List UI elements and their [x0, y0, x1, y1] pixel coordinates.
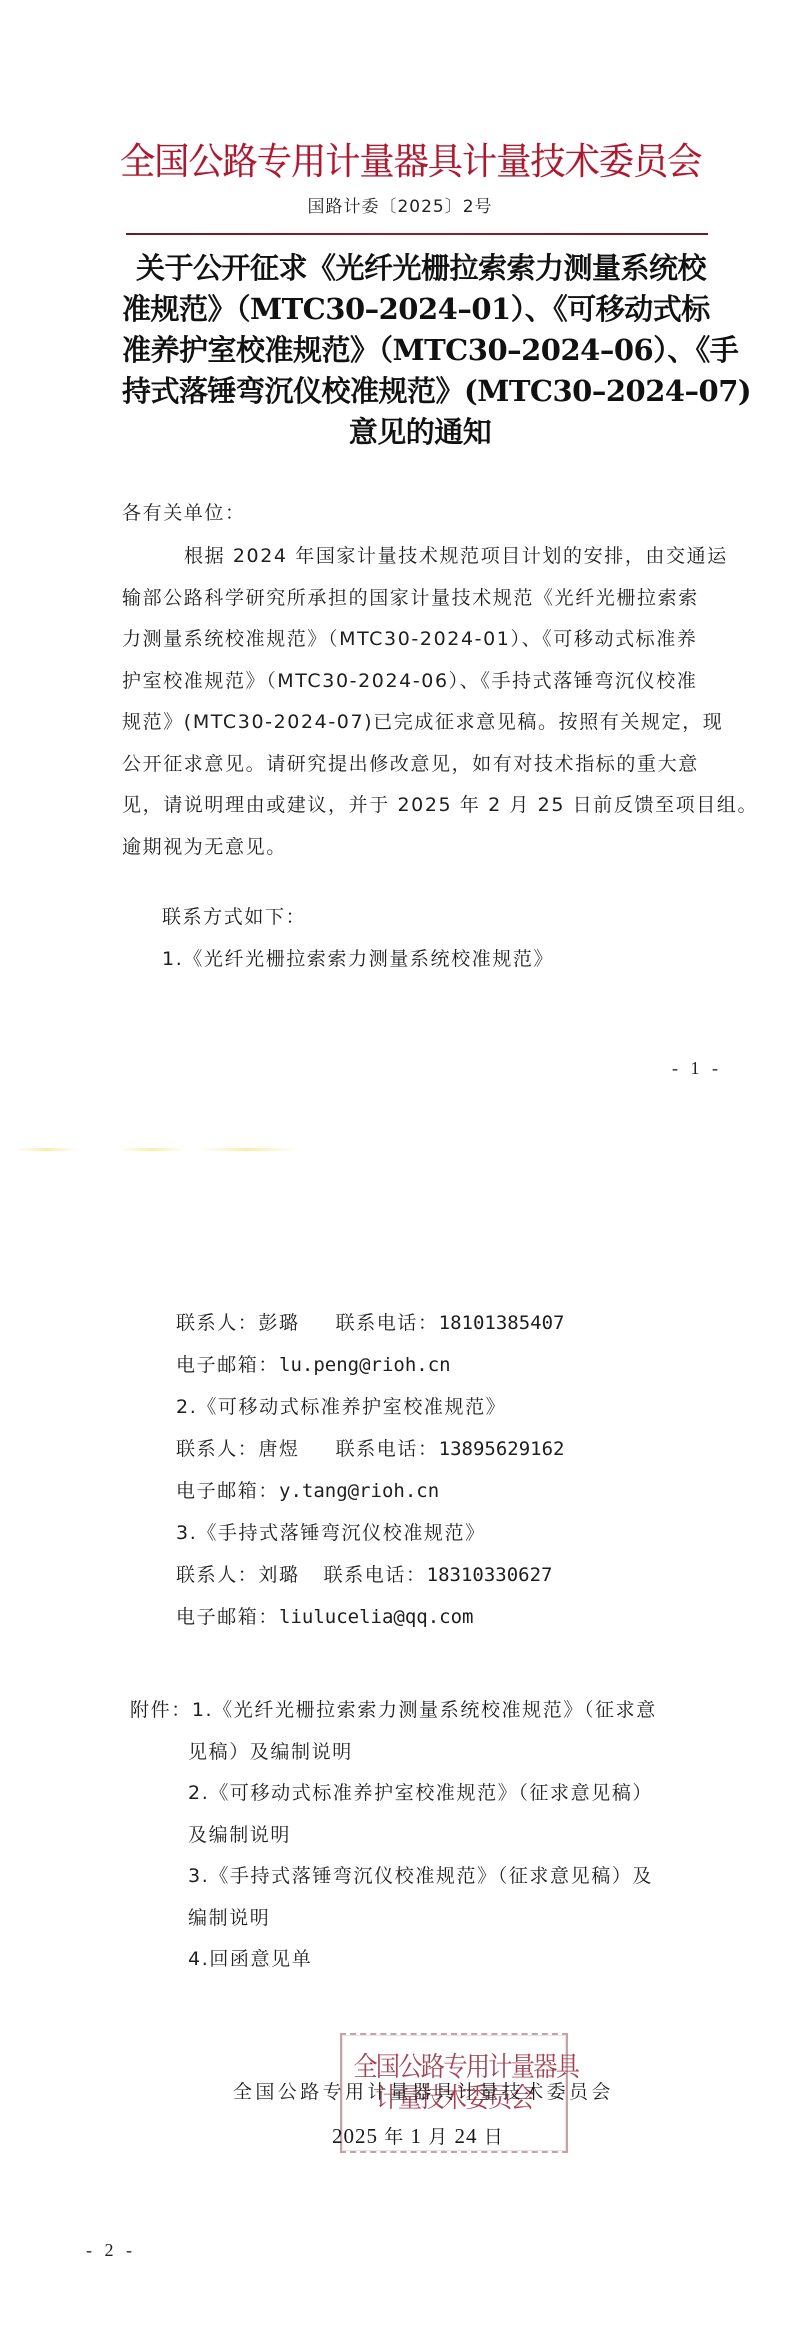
contact-person: 彭璐 — [258, 1312, 299, 1334]
paragraph-line: 见，请说明理由或建议，并于 2025 年 2 月 25 日前反馈至项目组。 — [122, 785, 722, 827]
contact-person: 刘璐 — [258, 1564, 299, 1586]
document-title: 关于公开征求《光纤光栅拉索索力测量系统校 准规范》（MTC30–2024–01）… — [122, 248, 718, 453]
page-break-artifact — [198, 1148, 298, 1151]
contact-email[interactable]: liulucelia@qq.com — [279, 1606, 473, 1628]
contact-phone-label: 联系电话： — [324, 1564, 427, 1586]
letterhead-divider — [126, 233, 708, 235]
attachment-item-continued: 及编制说明 — [130, 1815, 730, 1857]
attachment-item-continued: 编制说明 — [130, 1898, 730, 1940]
body-paragraph: 根据 2024 年国家计量技术规范项目计划的安排，由交通运 输部公路科学研究所承… — [122, 536, 722, 868]
contact-3-email-row: 电子邮箱：liulucelia@qq.com — [176, 1603, 473, 1631]
signature-org: 全国公路专用计量器具计量技术委员会 — [233, 2078, 614, 2106]
contact-phone[interactable]: 13895629162 — [439, 1438, 565, 1460]
contact-phone-label: 联系电话： — [336, 1438, 439, 1460]
salutation: 各有关单位： — [122, 499, 246, 527]
attachment-item: 3.《手持式落锤弯沉仪校准规范》（征求意见稿）及 — [130, 1856, 730, 1898]
contact-person-label: 联系人： — [176, 1312, 258, 1334]
title-line-2: 准规范》（MTC30–2024–01）、《可移动式标 — [122, 289, 718, 330]
signature-date: 2025 年 1 月 24 日 — [332, 2122, 504, 2151]
title-line-5: 意见的通知 — [122, 412, 718, 453]
paragraph-line: 根据 2024 年国家计量技术规范项目计划的安排，由交通运 — [122, 536, 722, 578]
contact-heading: 联系方式如下： — [162, 903, 306, 931]
paragraph-line: 护室校准规范》（MTC30-2024-06）、《手持式落锤弯沉仪校准 — [122, 661, 722, 703]
document-number: 国路计委〔2025〕2号 — [0, 196, 800, 218]
contact-email-label: 电子邮箱： — [176, 1606, 279, 1628]
page-number-1: - 1 - — [672, 1058, 722, 1079]
attachment-item: 附件：1.《光纤光栅拉索索力测量系统校准规范》（征求意 — [130, 1690, 730, 1732]
page-break-artifact — [14, 1148, 78, 1151]
page-break-artifact — [118, 1148, 186, 1151]
page-number-2: - 2 - — [86, 2240, 136, 2261]
attachment-item: 4.回函意见单 — [130, 1939, 730, 1981]
paragraph-line: 规范》(MTC30-2024-07)已完成征求意见稿。按照有关规定，现 — [122, 702, 722, 744]
contact-1-person-row: 联系人：彭璐联系电话：18101385407 — [176, 1309, 564, 1337]
paragraph-line: 逾期视为无意见。 — [122, 827, 722, 869]
contact-person-label: 联系人： — [176, 1438, 258, 1460]
contact-phone[interactable]: 18101385407 — [439, 1312, 565, 1334]
attachments-list: 附件：1.《光纤光栅拉索索力测量系统校准规范》（征求意 见稿）及编制说明 2.《… — [130, 1690, 730, 1981]
paragraph-line: 输部公路科学研究所承担的国家计量技术规范《光纤光栅拉索索 — [122, 578, 722, 620]
contact-3-person-row: 联系人：刘璐联系电话：18310330627 — [176, 1561, 552, 1589]
contact-3-heading: 3.《手持式落锤弯沉仪校准规范》 — [176, 1519, 486, 1547]
attachments-label: 附件： — [130, 1699, 192, 1721]
title-line-3: 准养护室校准规范》（MTC30–2024–06）、《手 — [122, 330, 718, 371]
contact-2-person-row: 联系人：唐煜联系电话：13895629162 — [176, 1435, 564, 1463]
paragraph-line: 力测量系统校准规范》（MTC30-2024-01）、《可移动式标准养 — [122, 619, 722, 661]
contact-person: 唐煜 — [258, 1438, 299, 1460]
contact-2-heading: 2.《可移动式标准养护室校准规范》 — [176, 1393, 506, 1421]
title-line-4: 持式落锤弯沉仪校准规范》(MTC30–2024–07) — [122, 371, 718, 412]
contact-1-email-row: 电子邮箱：lu.peng@rioh.cn — [176, 1351, 451, 1379]
contact-email-label: 电子邮箱： — [176, 1354, 279, 1376]
paragraph-line: 公开征求意见。请研究提出修改意见，如有对技术指标的重大意 — [122, 744, 722, 786]
attachment-item-continued: 见稿）及编制说明 — [130, 1732, 730, 1774]
contact-person-label: 联系人： — [176, 1564, 258, 1586]
title-line-1: 关于公开征求《光纤光栅拉索索力测量系统校 — [122, 248, 718, 289]
attachment-item: 2.《可移动式标准养护室校准规范》（征求意见稿） — [130, 1773, 730, 1815]
letterhead-org-name: 全国公路专用计量器具计量技术委员会 — [120, 138, 690, 186]
contact-email[interactable]: lu.peng@rioh.cn — [279, 1354, 451, 1376]
contact-phone[interactable]: 18310330627 — [427, 1564, 553, 1586]
contact-email[interactable]: y.tang@rioh.cn — [279, 1480, 439, 1502]
contact-2-email-row: 电子邮箱：y.tang@rioh.cn — [176, 1477, 439, 1505]
contact-email-label: 电子邮箱： — [176, 1480, 279, 1502]
contact-1-heading: 1.《光纤光栅拉索索力测量系统校准规范》 — [162, 945, 554, 973]
contact-phone-label: 联系电话： — [336, 1312, 439, 1334]
